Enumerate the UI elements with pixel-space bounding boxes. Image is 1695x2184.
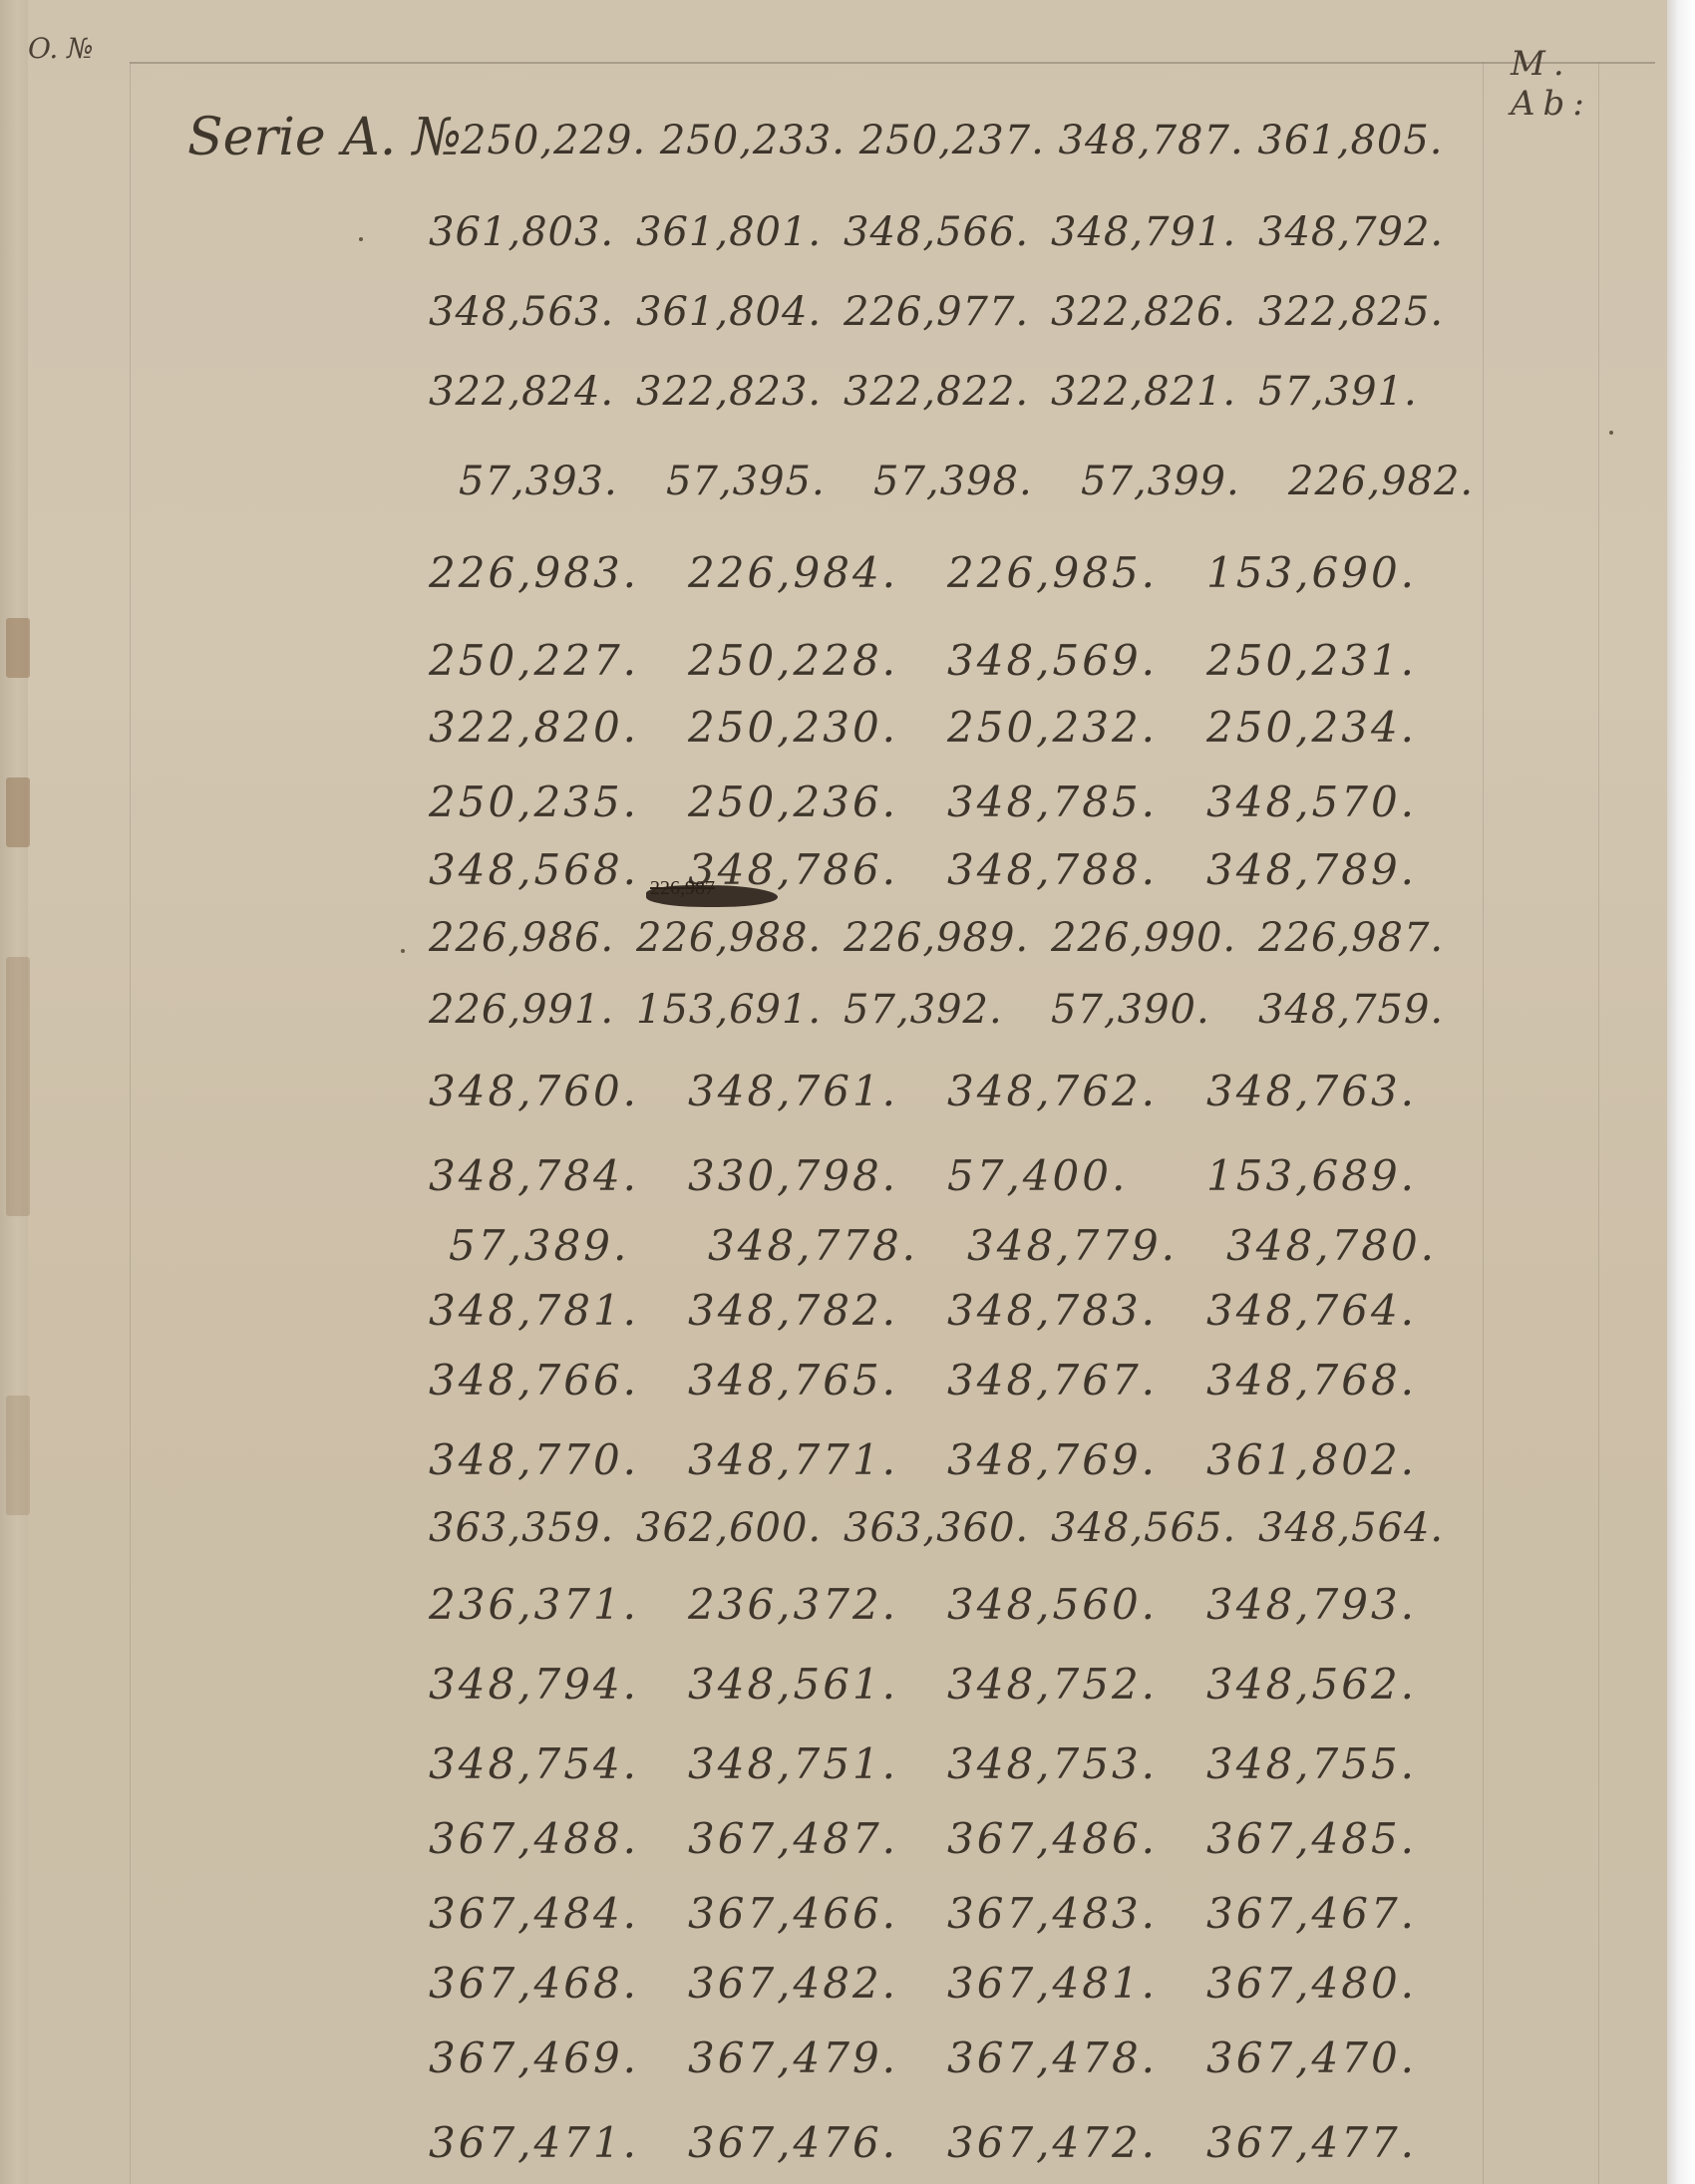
entry: 348,565. [1051, 1505, 1258, 1551]
entry: 367,476. [688, 2118, 947, 2167]
ledger-page: O. № M. Ab: Serie A. № 250,229. 250,233.… [0, 0, 1667, 2184]
entry: 250,229. [461, 118, 646, 163]
entry: 361,805. [1257, 118, 1443, 163]
entry: 367,482. [688, 1959, 947, 2008]
entry: 322,820. [429, 703, 688, 752]
entry: 226,987. [1258, 915, 1466, 961]
entry: 367,467. [1206, 1889, 1466, 1938]
entry: 348,794. [429, 1660, 688, 1709]
entry: 348,754. [429, 1739, 688, 1788]
entry: 363,360. [844, 1505, 1051, 1551]
entry: 348,751. [688, 1739, 947, 1788]
entry: 348,779. [967, 1221, 1226, 1270]
entry: 361,802. [1206, 1435, 1466, 1484]
list-row: 367,471. 367,476. 367,472. 367,477. [429, 2118, 1466, 2167]
entry: 348,564. [1258, 1505, 1466, 1551]
entry: 367,483. [947, 1889, 1206, 1938]
entry: 348,759. [1258, 987, 1466, 1033]
list-row: 367,488. 367,487. 367,486. 367,485. [429, 1814, 1466, 1863]
list-row: 348,794. 348,561. 348,752. 348,562. [429, 1660, 1466, 1709]
entry: 348,561. [688, 1660, 947, 1709]
entry: 226,983. [429, 548, 688, 597]
entry: 236,371. [429, 1580, 688, 1629]
ink-speck [1609, 431, 1613, 435]
entry: 226,985. [947, 548, 1206, 597]
list-row: 348,563. 361,804. 226,977. 322,826. 322,… [429, 289, 1466, 335]
entry: 250,233. [660, 118, 846, 163]
entry: 348,762. [947, 1067, 1206, 1115]
entry: 250,227. [429, 636, 688, 685]
entry: 348,783. [947, 1286, 1206, 1335]
right-column-line [1483, 62, 1484, 2184]
entry: 348,767. [947, 1356, 1206, 1404]
entry: 348,568. [429, 845, 688, 894]
entry: 367,479. [688, 2033, 947, 2082]
entry: 322,826. [1051, 289, 1258, 335]
entry: 361,801. [636, 209, 844, 255]
corner-label-right: M. Ab: [1511, 44, 1667, 124]
entry: 57,399. [1081, 459, 1288, 504]
entry: 348,760. [429, 1067, 688, 1115]
entry: 153,690. [1206, 548, 1466, 597]
entry: 367,468. [429, 1959, 688, 2008]
entry: 367,471. [429, 2118, 688, 2167]
entry: 348,562. [1206, 1660, 1466, 1709]
ink-speck [401, 949, 405, 953]
page-edge-shadow [1667, 0, 1695, 2184]
entry: 367,478. [947, 2033, 1206, 2082]
margin-stain [6, 618, 30, 678]
entry: 348,792. [1258, 209, 1466, 255]
entry: 348,566. [844, 209, 1051, 255]
entry: 361,803. [429, 209, 636, 255]
entry: 367,477. [1206, 2118, 1466, 2167]
entry: 348,791. [1051, 209, 1258, 255]
margin-stain [6, 1396, 30, 1515]
entry: 361,804. [636, 289, 844, 335]
entry: 348,570. [1206, 778, 1466, 826]
list-row: 322,824. 322,823. 322,822. 322,821. 57,3… [429, 369, 1466, 415]
entry: 367,487. [688, 1814, 947, 1863]
serie-label: Serie A. № [187, 108, 462, 167]
serie-first-row: 250,229. 250,233. 250,237. 348,787. 361,… [461, 118, 1444, 163]
entry: 250,236. [688, 778, 947, 826]
entry: 348,780. [1226, 1221, 1486, 1270]
entry: 322,823. [636, 369, 844, 415]
entry: 348,769. [947, 1435, 1206, 1484]
entry: 322,824. [429, 369, 636, 415]
entry: 226,982. [1288, 459, 1496, 504]
entry: 367,470. [1206, 2033, 1466, 2082]
list-row: 322,820. 250,230. 250,232. 250,234. [429, 703, 1466, 752]
corner-number-label-left: O. № [28, 32, 94, 65]
entry: 57,390. [1051, 987, 1258, 1033]
entry: 348,782. [688, 1286, 947, 1335]
entry: 348,788. [947, 845, 1206, 894]
entry: 348,781. [429, 1286, 688, 1335]
entry: 348,569. [947, 636, 1206, 685]
entry: 226,988. [636, 915, 844, 961]
entry: 348,778. [708, 1221, 967, 1270]
header-ruling-line [130, 62, 1655, 64]
list-row: 226,991. 153,691. 57,392. 57,390. 348,75… [429, 987, 1466, 1033]
entry: 367,472. [947, 2118, 1206, 2167]
margin-stain [6, 957, 30, 1216]
list-row: 57,393. 57,395. 57,398. 57,399. 226,982. [459, 459, 1496, 504]
entry: 226,977. [844, 289, 1051, 335]
entry: 153,691. [636, 987, 844, 1033]
right-margin-line [1598, 62, 1599, 2184]
entry: 367,481. [947, 1959, 1206, 2008]
entry: 226,989. [844, 915, 1051, 961]
entry: 250,235. [429, 778, 688, 826]
entry: 348,766. [429, 1356, 688, 1404]
entry: 348,560. [947, 1580, 1206, 1629]
entry: 226,986. [429, 915, 636, 961]
list-row: 57,389. 348,778. 348,779. 348,780. [449, 1221, 1486, 1270]
entry: 250,230. [688, 703, 947, 752]
entry: 348,761. [688, 1067, 947, 1115]
entry: 367,488. [429, 1814, 688, 1863]
entry: 322,821. [1051, 369, 1258, 415]
entry: 367,484. [429, 1889, 688, 1938]
list-row: 367,469. 367,479. 367,478. 367,470. [429, 2033, 1466, 2082]
entry: 363,359. [429, 1505, 636, 1551]
entry: 57,395. [666, 459, 873, 504]
entry: 322,825. [1258, 289, 1466, 335]
entry: 348,785. [947, 778, 1206, 826]
entry: 250,232. [947, 703, 1206, 752]
list-row: 250,235. 250,236. 348,785. 348,570. [429, 778, 1466, 826]
entry: 57,400. [947, 1151, 1206, 1200]
entry: 250,228. [688, 636, 947, 685]
entry: 348,770. [429, 1435, 688, 1484]
entry: 226,990. [1051, 915, 1258, 961]
list-row: 348,760. 348,761. 348,762. 348,763. [429, 1067, 1466, 1115]
entry: 367,485. [1206, 1814, 1466, 1863]
list-row: 250,227. 250,228. 348,569. 250,231. [429, 636, 1466, 685]
entry: 367,486. [947, 1814, 1206, 1863]
entry: 367,480. [1206, 1959, 1466, 2008]
entry: 348,765. [688, 1356, 947, 1404]
list-row: 367,484. 367,466. 367,483. 367,467. [429, 1889, 1466, 1938]
list-row: 348,766. 348,765. 348,767. 348,768. [429, 1356, 1466, 1404]
list-row: 236,371. 236,372. 348,560. 348,793. [429, 1580, 1466, 1629]
entry: 348,793. [1206, 1580, 1466, 1629]
entry: 236,372. [688, 1580, 947, 1629]
entry: 348,753. [947, 1739, 1206, 1788]
entry: 348,789. [1206, 845, 1466, 894]
list-row: 226,983. 226,984. 226,985. 153,690. [429, 548, 1466, 597]
list-row: 348,784. 330,798. 57,400. 153,689. [429, 1151, 1466, 1200]
entry: 348,755. [1206, 1739, 1466, 1788]
entry: 57,389. [449, 1221, 708, 1270]
list-row: 348,781. 348,782. 348,783. 348,764. [429, 1286, 1466, 1335]
margin-stain [6, 778, 30, 847]
entry: 348,764. [1206, 1286, 1466, 1335]
entry: 57,392. [844, 987, 1051, 1033]
entry: 57,398. [873, 459, 1081, 504]
entry: 57,391. [1258, 369, 1466, 415]
entry: 348,752. [947, 1660, 1206, 1709]
entry: 250,231. [1206, 636, 1466, 685]
list-row: 367,468. 367,482. 367,481. 367,480. [429, 1959, 1466, 2008]
entry: 348,784. [429, 1151, 688, 1200]
entry: 250,237. [859, 118, 1045, 163]
entry: 348,771. [688, 1435, 947, 1484]
entry: 226,984. [688, 548, 947, 597]
list-row: 363,359. 362,600. 363,360. 348,565. 348,… [429, 1505, 1466, 1551]
entry: 250,234. [1206, 703, 1466, 752]
entry: 362,600. [636, 1505, 844, 1551]
entry: 367,466. [688, 1889, 947, 1938]
list-row: 226,986. 226,988. 226,989. 226,990. 226,… [429, 915, 1466, 961]
entry: 348,563. [429, 289, 636, 335]
list-row: 348,770. 348,771. 348,769. 361,802. [429, 1435, 1466, 1484]
entry: 226,991. [429, 987, 636, 1033]
entry: 348,787. [1059, 118, 1244, 163]
entry: 348,763. [1206, 1067, 1466, 1115]
ink-speck [359, 237, 363, 241]
entry: 322,822. [844, 369, 1051, 415]
ink-blot-strikeout [646, 885, 778, 907]
entry: 330,798. [688, 1151, 947, 1200]
entry: 348,768. [1206, 1356, 1466, 1404]
list-row: 348,754. 348,751. 348,753. 348,755. [429, 1739, 1466, 1788]
entry: 57,393. [459, 459, 666, 504]
entry: 153,689. [1206, 1151, 1466, 1200]
entry: 367,469. [429, 2033, 688, 2082]
list-row: 361,803. 361,801. 348,566. 348,791. 348,… [429, 209, 1466, 255]
list-row: 348,568. 348,786. 348,788. 348,789. [429, 845, 1466, 894]
left-margin-line [130, 62, 131, 2184]
